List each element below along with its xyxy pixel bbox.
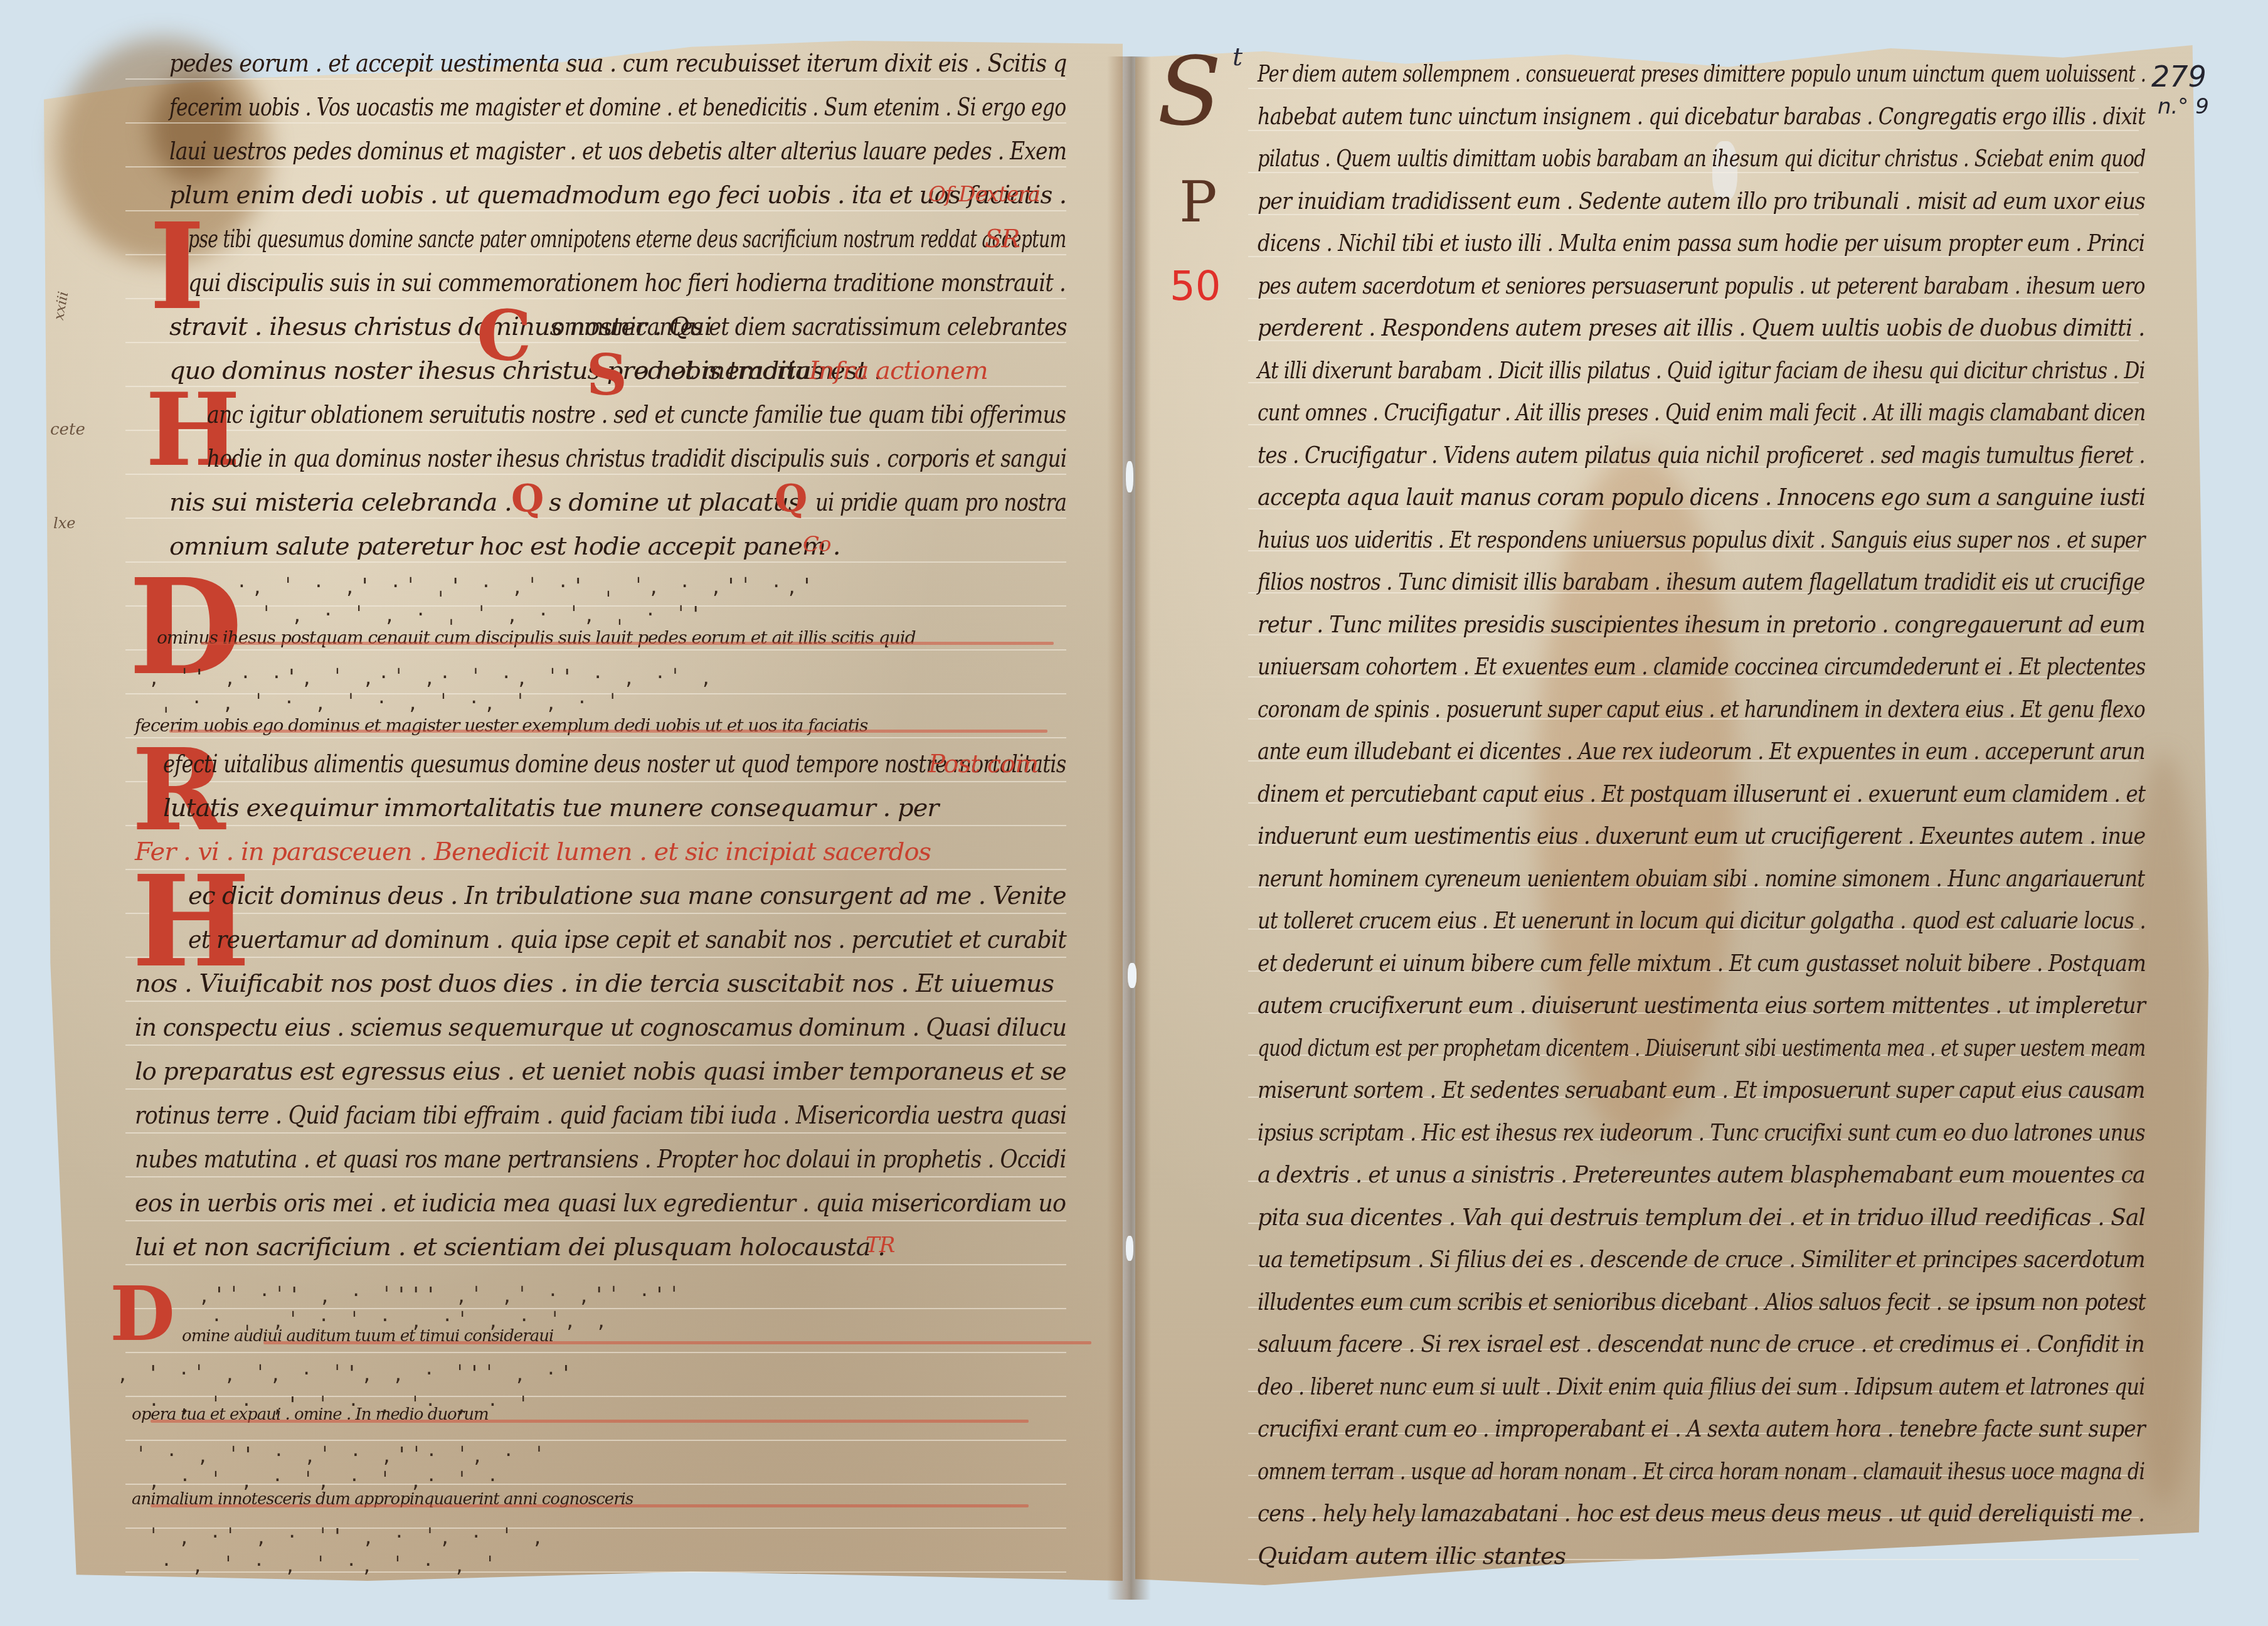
ruling-line — [125, 254, 1066, 255]
ruling-line — [125, 298, 1066, 299]
text-line: deo . liberet nunc eum si uult . Dixit e… — [1258, 1373, 2144, 1400]
ruling-line — [125, 1352, 1066, 1353]
ruling-line — [125, 737, 1066, 738]
text-line: dicens . Nichil tibi et iusto illi . Mul… — [1258, 229, 2144, 257]
text-line: qui discipulis suis in sui commemoration… — [188, 268, 1066, 297]
initial-Q2: Q — [775, 477, 807, 521]
neumes: , ' ·ˈ , ˈ, · ˈ', , · ˈ'ˈ , ·' — [119, 1361, 578, 1386]
text-line: illudentes eum cum scribis et senioribus… — [1258, 1288, 2146, 1315]
text-line: retur . Tunc milites presidis suscipient… — [1258, 610, 2145, 638]
text-line: crucifixi erant cum eo . improperabant e… — [1258, 1415, 2145, 1442]
ruling-line — [125, 825, 1066, 826]
text-line: a dextris . et unus a sinistris . Preter… — [1258, 1161, 2145, 1188]
ruling-line — [1248, 88, 2139, 89]
text-line: hodie in qua dominus noster ihesus chris… — [207, 444, 1066, 473]
red-staff-line — [263, 1341, 1091, 1344]
text-line: filios nostros . Tunc dimisit illis bara… — [1258, 568, 2145, 595]
ruling-line — [125, 1088, 1066, 1090]
text-line: pilatus . Quem uultis dimittam uobis bar… — [1258, 144, 2146, 172]
margin-note: lxe — [53, 514, 75, 532]
text-line: rotinus terre . Quid faciam tibi effraim… — [135, 1101, 1066, 1130]
margin-P: P — [1179, 169, 1217, 235]
text-line: pedes eorum . et accepit uestimenta sua … — [169, 49, 1066, 78]
rubric-secret: SR — [985, 225, 1020, 253]
rubric-infra-actionem: Infra actionem — [809, 356, 988, 385]
text-line: nis sui misteria celebranda . — [169, 488, 512, 517]
text-line: lutatis exequimur immortalitatis tue mun… — [163, 794, 938, 822]
text-line: ed et memoriam — [633, 356, 833, 385]
margin-S-superscript: t — [1232, 43, 1243, 72]
neumes: · , ˈ · , ˈ ·, ˈ · , ˈ — [163, 1553, 502, 1578]
text-line: omnem terram . usque ad horam nonam . Et… — [1258, 1457, 2144, 1485]
ruling-line — [125, 210, 1066, 211]
text-line: perderent . Respondens autem preses ait … — [1258, 314, 2144, 341]
ruling-line — [125, 869, 1066, 870]
ruling-line — [125, 1220, 1066, 1221]
text-line: quod dictum est per prophetam dicentem .… — [1258, 1034, 2146, 1061]
text-line: coronam de spinis . posuerunt super capu… — [1258, 695, 2145, 723]
text-line: omnium salute pateretur hoc est hodie ac… — [169, 532, 840, 561]
text-line: pes autem sacerdotum et seniores persuas… — [1258, 272, 2145, 299]
text-line: nos . Viuificabit nos post duos dies . i… — [135, 969, 1054, 998]
rubric-post-communion: Post com — [928, 750, 1038, 778]
folio-number: 50 — [1170, 263, 1221, 310]
neumes: ˌ · , ˈ · , ˈ · , ˈ ·, ˈ , · ˈ — [163, 690, 624, 715]
ruling-line — [125, 474, 1066, 475]
ruling-line — [1248, 172, 2139, 173]
text-line: huius uos uideritis . Et respondens uniu… — [1258, 526, 2145, 553]
text-line: et dederunt ei uinum bibere cum felle mi… — [1258, 949, 2146, 977]
text-line: autem crucifixerunt eum . diuiserunt ues… — [1258, 991, 2145, 1019]
ruling-line — [125, 1001, 1066, 1002]
text-line: ua temetipsum . Si filius dei es . desce… — [1258, 1245, 2145, 1273]
text-line: lui et non sacrificium . et scientiam de… — [135, 1233, 885, 1262]
red-staff-line — [151, 1504, 1029, 1507]
text-line: ui pridie quam pro nostra — [815, 488, 1066, 517]
shelfmark-number: 279 — [2151, 60, 2207, 93]
chant-text: fecerim uobis ego dominus et magister ue… — [135, 715, 867, 736]
ruling-line — [125, 518, 1066, 519]
binding-gutter — [1107, 56, 1151, 1600]
ruling-line — [125, 781, 1066, 782]
text-line: lo preparatus est egressus eius . et uen… — [135, 1057, 1066, 1086]
initial-D-tract: D — [110, 1273, 175, 1355]
neumes: ·, ˈ · ,' ·ˈ ˌ' · ,ˈ ·' ˌ ˈ, · ,'ˈ ·,' — [238, 574, 819, 599]
ruling-line — [1248, 130, 2139, 131]
text-line: ante eum illudebant ei dicentes . Aue re… — [1258, 737, 2145, 765]
text-line: cens . hely hely lamazabatani . hoc est … — [1258, 1499, 2144, 1527]
text-line: miserunt sortem . Et sedentes seruabant … — [1258, 1076, 2145, 1103]
text-line: pse tibi quesumus domine sancte pater om… — [188, 225, 1066, 253]
neumes: , · ˈ , · ˈ, · ˈ ,· ˈ · — [151, 1468, 505, 1493]
neumes: ,'ˈ ·ˈ' , · ˈ''' ,ˈ ,ˈ · ,'ˈ ·'ˈ — [201, 1283, 686, 1308]
text-line: uniuersam cohortem . Et exuentes eum . c… — [1258, 652, 2145, 680]
neumes: , ˈ' ,· ·', ˈ ,·ˈ ,· ˈ ·, ˈ' · , ·ˈ , — [151, 665, 718, 690]
text-line: nubes matutina . et quasi ros mane pertr… — [135, 1145, 1066, 1174]
text-line: pita sua dicentes . Vah qui destruis tem… — [1258, 1203, 2145, 1231]
rubric-heading: Fer . vi . in parasceuen . Benedicit lum… — [135, 837, 931, 866]
margin-note: cete — [50, 420, 85, 439]
ruling-line — [125, 913, 1066, 914]
initial-S: S — [586, 342, 627, 408]
text-line: in conspectu eius . sciemus sequemurque … — [135, 1013, 1066, 1042]
text-line: s domine ut placatus — [549, 488, 800, 517]
text-line: Per diem autem sollempnem . consueuerat … — [1258, 60, 2146, 87]
ruling-line — [125, 1264, 1066, 1265]
text-line: ec dicit dominus deus . In tribulatione … — [188, 881, 1066, 910]
rubric-tract: TR — [866, 1233, 894, 1258]
text-line: tes . Crucifigatur . Videns autem pilatu… — [1258, 441, 2145, 469]
ruling-line — [125, 78, 1066, 80]
red-staff-line — [201, 642, 1054, 645]
ruling-line — [125, 166, 1066, 167]
initial-H-lesson: H — [132, 859, 250, 985]
text-line: induerunt eum uestimentis eius . duxerun… — [1258, 822, 2145, 849]
shelfmark-sub: n.° 9 — [2158, 94, 2209, 119]
text-line: cunt omnes . Crucifigatur . Ait illis pr… — [1258, 398, 2145, 426]
sewing-hole — [1126, 1236, 1133, 1261]
neumes: ˈ , · ˈ , · ˌ ˈ , · ˈ, ˌ · ˈ' — [263, 602, 707, 627]
ruling-line — [125, 957, 1066, 958]
ruling-line — [125, 430, 1066, 431]
ruling-line — [125, 1440, 1066, 1441]
ruling-line — [125, 1176, 1066, 1177]
text-line: anc igitur oblationem seruitutis nostre … — [207, 400, 1066, 429]
text-line: ut tolleret crucem eius . Et uenerunt in… — [1258, 906, 2146, 934]
sewing-hole — [1128, 963, 1137, 988]
neumes: ˈ · , ˈ' · ,ˈ · ,'ˈ· ˈ, · ˈ — [138, 1443, 551, 1468]
text-line: dinem et percutiebant caput eius . Et po… — [1258, 780, 2145, 807]
sewing-hole — [1126, 461, 1133, 492]
rubric-communion: Co — [803, 532, 830, 557]
text-line: habebat autem tunc uinctum insignem . qu… — [1258, 102, 2145, 130]
text-line: ommunicantes et diem sacratissimum celeb… — [552, 312, 1067, 341]
neumes: ˈ , ·ˈ , · ˈ' , · ˈ, · ˈ , — [151, 1524, 549, 1549]
text-line: Quidam autem illic stantes — [1258, 1542, 1566, 1570]
text-line: At illi dixerunt barabam . Dicit illis p… — [1258, 356, 2145, 384]
ruling-line — [125, 1044, 1066, 1046]
text-line: laui uestros pedes dominus et magister .… — [169, 137, 1066, 166]
rubric-offertory: Of Dextera — [928, 182, 1040, 207]
ruling-line — [125, 649, 1066, 651]
text-line: accepta aqua lauit manus coram populo di… — [1258, 483, 2145, 511]
ruling-line — [125, 1132, 1066, 1134]
ruling-line — [125, 561, 1066, 563]
red-staff-line — [169, 730, 1047, 733]
text-line: saluum facere . Si rex israel est . desc… — [1258, 1330, 2144, 1358]
initial-Q: Q — [511, 477, 544, 521]
red-staff-line — [151, 1420, 1029, 1423]
text-line: ipsius scriptam . Hic est ihesus rex iud… — [1258, 1119, 2145, 1146]
text-line: et reuertamur ad dominum . quia ipse cep… — [188, 925, 1066, 954]
ruling-line — [125, 122, 1066, 124]
text-line: per inuidiam tradidissent eum . Sedente … — [1258, 187, 2145, 215]
text-line: fecerim uobis . Vos uocastis me magister… — [169, 93, 1066, 122]
margin-S: S — [1157, 38, 1222, 147]
text-line: nerunt hominem cyreneum uenientem obuiam… — [1258, 864, 2144, 892]
text-line: eos in uerbis oris mei . et iudicia mea … — [135, 1189, 1066, 1218]
chant-text: ominus ihesus postquam cenauit cum disci… — [157, 627, 916, 648]
